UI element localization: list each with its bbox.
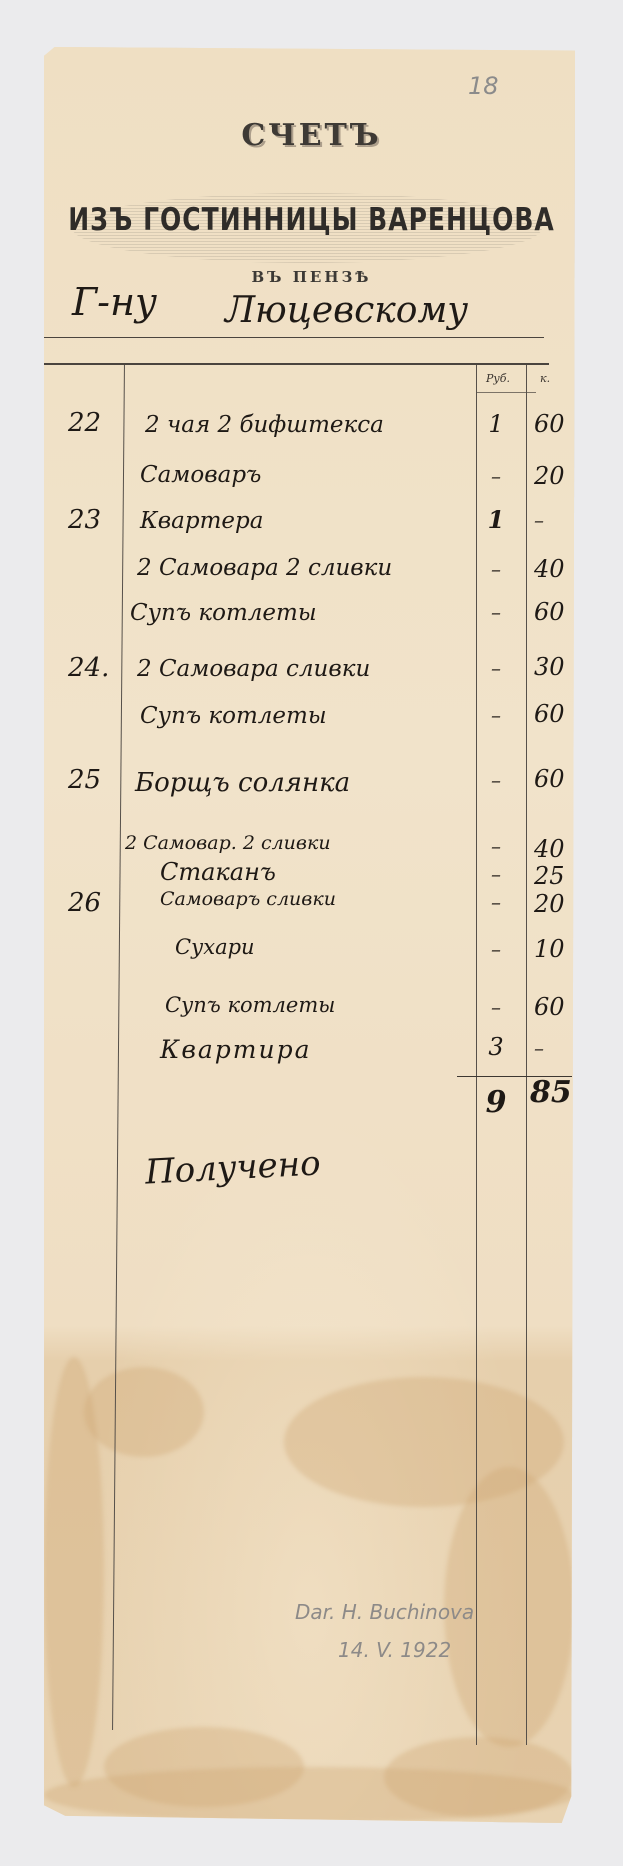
water-stain — [44, 1767, 575, 1823]
entry-rubles: – — [478, 834, 514, 858]
entry-kopecks: 20 — [534, 890, 565, 918]
entry-rubles: – — [478, 464, 514, 488]
entry-rubles: – — [478, 600, 514, 624]
entry-date: 25 — [68, 765, 101, 795]
entry-rubles: – — [478, 656, 514, 680]
total-rubles: 9 — [478, 1085, 514, 1120]
entry-item: Квартира — [160, 1035, 312, 1064]
rubles-column-header: Руб. — [486, 372, 510, 385]
entry-kopecks: 60 — [534, 598, 565, 626]
entry-item: 2 Самовар. 2 сливки — [125, 832, 331, 854]
folio-number: 18 — [468, 72, 499, 100]
addressee-prefix: Г-ну — [72, 280, 157, 324]
entry-date: 26 — [68, 888, 101, 918]
entry-kopecks: 25 — [534, 862, 565, 890]
entry-date: 22 — [68, 408, 101, 438]
entry-rubles: – — [478, 995, 514, 1019]
entry-item: Стаканъ — [160, 858, 276, 886]
entry-item: Супъ котлеты — [140, 703, 327, 729]
kopecks-column-divider — [526, 365, 527, 1745]
entry-item: 2 Самовара 2 сливки — [137, 555, 392, 581]
entry-kopecks: 60 — [534, 993, 565, 1021]
entry-rubles: 1 — [478, 410, 514, 438]
entry-kopecks: – — [534, 1036, 544, 1060]
addressee-name: Люцевскому — [225, 290, 468, 331]
entry-kopecks: 40 — [534, 835, 565, 863]
entry-rubles: – — [478, 768, 514, 792]
entry-item: Сухари — [175, 935, 255, 959]
entry-date: 24. — [68, 653, 109, 683]
entry-item: Самоваръ — [140, 462, 261, 488]
table-top-rule — [44, 363, 549, 365]
total-kopecks: 85 — [530, 1075, 572, 1110]
document-title: СЧЕТЪ — [0, 118, 623, 153]
entry-rubles: – — [478, 862, 514, 886]
hotel-name: ИЗЪ ГОСТИННИЦЫ ВАРЕНЦОВА — [0, 201, 623, 237]
column-header-rule — [476, 392, 536, 393]
entry-rubles: 1 — [478, 505, 514, 534]
entry-rubles: 3 — [478, 1033, 514, 1061]
pencil-donation-note: Dar. H. Buchinova — [295, 1600, 474, 1624]
entry-kopecks: – — [534, 508, 544, 532]
entry-kopecks: 20 — [534, 462, 565, 490]
kopecks-column-header: к. — [540, 372, 550, 385]
entry-kopecks: 60 — [534, 410, 565, 438]
entry-item: 2 Самовара сливки — [137, 656, 370, 682]
entry-date: 23 — [68, 505, 101, 535]
entry-rubles: – — [478, 890, 514, 914]
entry-kopecks: 40 — [534, 555, 565, 583]
entry-item: Супъ котлеты — [130, 600, 317, 626]
entry-rubles: – — [478, 703, 514, 727]
entry-item: Борщъ солянка — [135, 768, 350, 798]
entry-kopecks: 60 — [534, 765, 565, 793]
entry-kopecks: 30 — [534, 653, 565, 681]
rubles-column-divider — [476, 365, 477, 1745]
entry-item: Самоваръ сливки — [160, 888, 336, 910]
entry-item: Супъ котлеты — [165, 993, 335, 1017]
water-stain — [84, 1367, 204, 1457]
entry-item: Квартера — [140, 508, 263, 534]
entry-kopecks: 10 — [534, 935, 565, 963]
entry-kopecks: 60 — [534, 700, 565, 728]
entry-item: 2 чая 2 бифштекса — [145, 412, 384, 438]
pencil-donation-date: 14. V. 1922 — [338, 1638, 451, 1662]
entry-rubles: – — [478, 937, 514, 961]
rule-line — [44, 337, 544, 338]
entry-rubles: – — [478, 557, 514, 581]
